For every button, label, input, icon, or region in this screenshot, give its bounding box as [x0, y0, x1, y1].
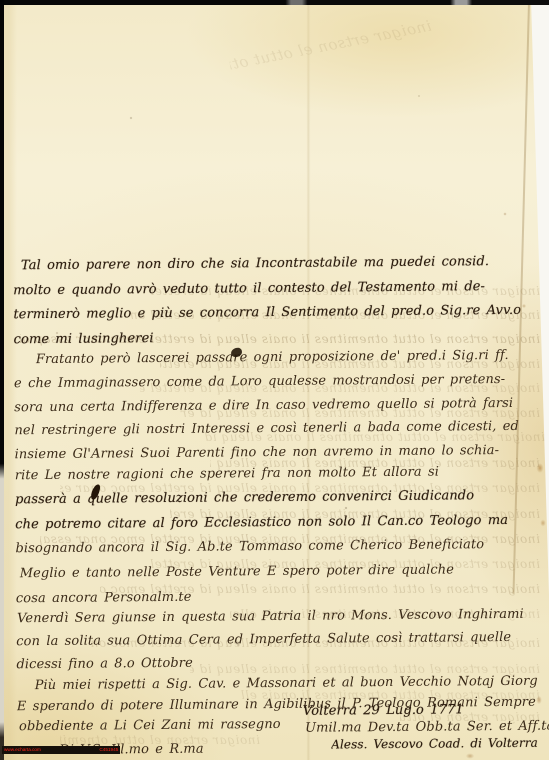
- scan-border-top: [0, 0, 549, 5]
- letter-body: Tal omio parere non diro che sia Incontr…: [0, 0, 549, 760]
- letter-line: nel restringere gli nostri Interessi e c…: [14, 419, 535, 439]
- watermark-code: C451945: [99, 748, 118, 753]
- letter-line: dicessi fino a 8.o Ottobre: [16, 653, 537, 673]
- letter-line: terminerò meglio e più se concorra Il Se…: [13, 303, 534, 323]
- letter-line: rite Le nostre ragioni che spererei fra …: [15, 464, 536, 484]
- valediction: Umil.ma Dev.ta Obb.ta Ser. et Aff.ta: [305, 719, 549, 736]
- letter-line: Tal omio parere non diro che sia Incontr…: [21, 254, 534, 273]
- letter-line: e che Immaginassero come da Loro qualess…: [14, 372, 535, 392]
- letter-line: molto e quando avrò veduto tutto il cont…: [13, 279, 534, 299]
- watermark-site: www.echarta.com: [4, 748, 41, 753]
- letter-line: Fratanto però lascerei passare ogni prop…: [36, 348, 535, 367]
- letter-line: con la solita sua Ottima Cera ed Imperfe…: [16, 630, 537, 650]
- dealer-watermark: www.echarta.com C451945: [2, 746, 120, 754]
- signature: Aless. Vescovo Coad. di Volterra: [331, 736, 538, 752]
- letter-line: come mi lusingherei: [14, 328, 535, 348]
- letter-line: bisognando ancora il Sig. Ab.te Tommaso …: [15, 537, 536, 557]
- letter-line: Venerdì Sera giunse in questa sua Patria…: [17, 607, 537, 627]
- dateline: Volterra 29 Lug.o 1771: [303, 702, 464, 718]
- scan-border-left: [0, 0, 4, 760]
- letter-line: Più miei rispetti a Sig. Cav. e Massonar…: [35, 674, 538, 693]
- scanned-letter-page: inoigar ertson el ottut otnemitnes li on…: [0, 0, 549, 760]
- letter-line: che potremo citare al foro Ecclesiastico…: [15, 513, 536, 533]
- letter-line: insieme Gl'Arnesi Suoi Parenti fino che …: [15, 443, 536, 463]
- letter-line: sora una certa Indifferenza e dire In ca…: [14, 396, 535, 416]
- letter-line: Meglio e tanto nelle Poste Venture E spe…: [20, 562, 537, 582]
- letter-line: cosa ancora Personalm.te: [16, 587, 537, 607]
